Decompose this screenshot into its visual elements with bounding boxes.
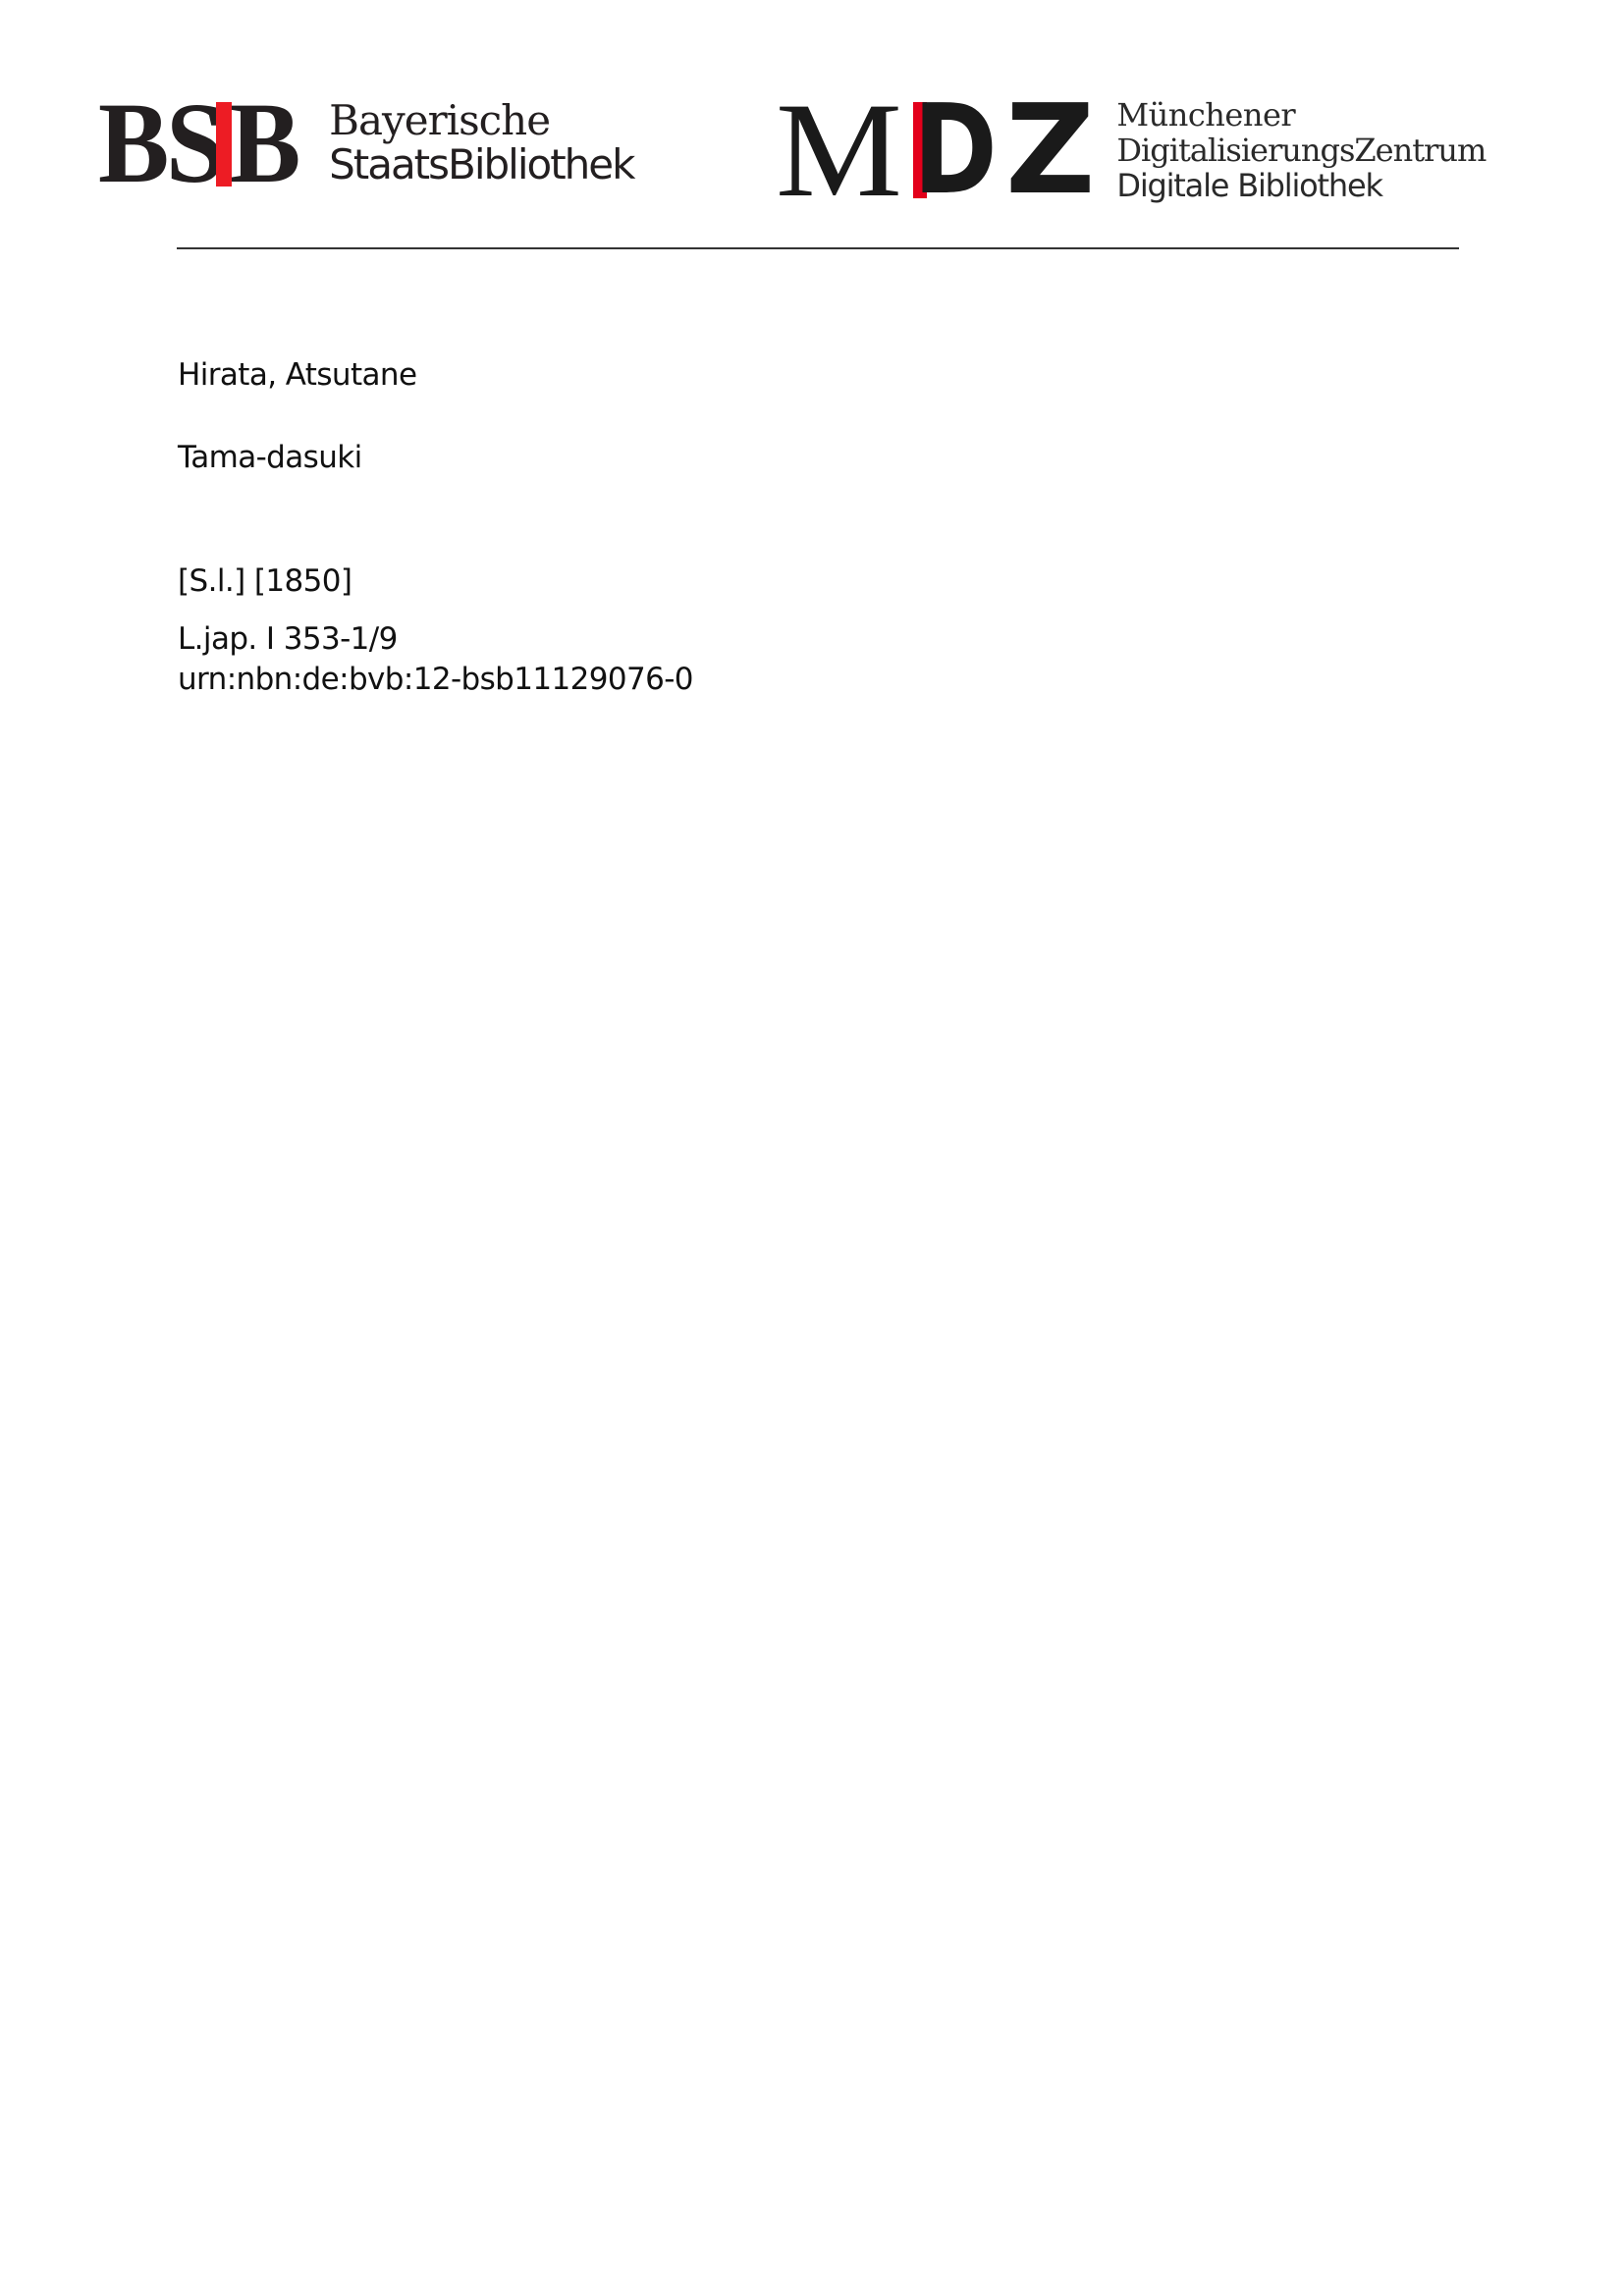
mdz-logo-mark: M D Z xyxy=(776,99,1095,201)
bsb-logo-letter-b2: B xyxy=(230,100,292,187)
mdz-logo-letter-d: D xyxy=(913,99,983,201)
mdz-logo-line2: DigitalisierungsZentrum xyxy=(1116,133,1486,168)
mdz-logo-line3: Digitale Bibliothek xyxy=(1116,168,1486,203)
bsb-logo-letter-b1: B xyxy=(98,100,160,187)
mdz-logo-wordmark: Münchener DigitalisierungsZentrum Digita… xyxy=(1116,97,1486,203)
bsb-logo-red-bar xyxy=(216,102,232,187)
bsb-logo-line2: StaatsBibliothek xyxy=(329,142,633,187)
bsb-logo-letter-s: S xyxy=(166,100,216,187)
mdz-logo: M D Z Münchener DigitalisierungsZentrum … xyxy=(776,96,1486,204)
header-divider xyxy=(177,247,1459,249)
mdz-logo-letter-z: Z xyxy=(1005,99,1095,201)
bsb-logo-line1: Bayerische xyxy=(329,99,633,142)
mdz-logo-letter-m: M xyxy=(776,99,920,201)
record-shelfmark: L.jap. I 353-1/9 xyxy=(178,621,398,657)
bsb-logo-wordmark: Bayerische StaatsBibliothek xyxy=(329,99,633,187)
bsb-logo: B S B Bayerische StaatsBibliothek xyxy=(98,98,633,188)
record-author: Hirata, Atsutane xyxy=(178,357,416,393)
bsb-logo-mark: B S B xyxy=(98,100,298,187)
record-urn: urn:nbn:de:bvb:12-bsb11129076-0 xyxy=(178,662,693,697)
record-title: Tama-dasuki xyxy=(178,440,362,475)
record-imprint: [S.l.] [1850] xyxy=(178,563,352,599)
mdz-logo-line1: Münchener xyxy=(1116,97,1486,133)
